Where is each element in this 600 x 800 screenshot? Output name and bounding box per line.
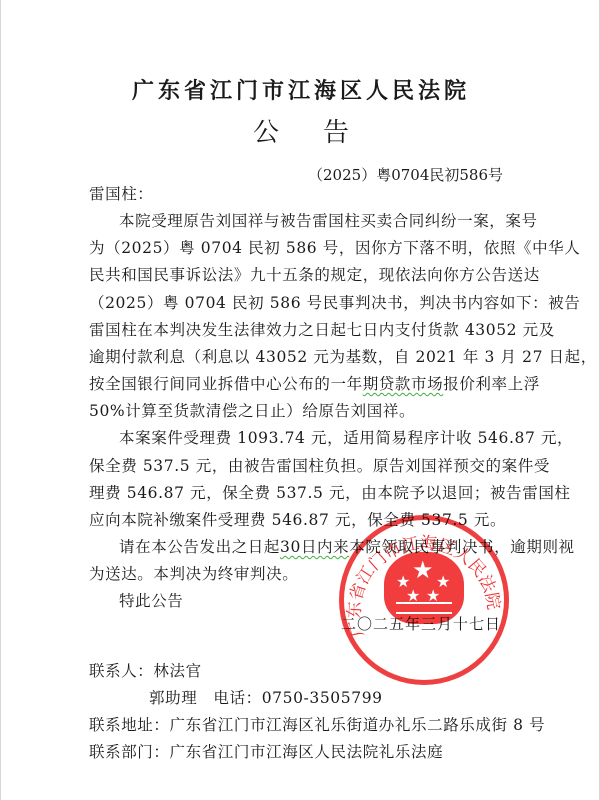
contact-assistant-phone: 郭助理 电话：0750-3505799 bbox=[149, 686, 383, 708]
paragraph1-line: 50%计算至货款清偿之日止）给原告刘国祥。 bbox=[89, 401, 525, 421]
case-number: （2025）粤0704民初586号 bbox=[308, 164, 503, 185]
text-segment: 报价利率上浮 bbox=[443, 375, 540, 393]
contact-address: 联系地址：广东省江门市江海区礼乐街道办礼乐二路乐成街 8 号 bbox=[89, 713, 545, 735]
paragraph3-line: 请在本公告发出之日起30日内来本院领取民事判决书，逾期则视 bbox=[119, 537, 525, 557]
paragraph2-line: 应向本院补缴案件受理费 546.87 元，保全费 537.5 元。 bbox=[89, 510, 525, 530]
contact-person: 联系人：林法官 bbox=[89, 659, 202, 681]
paragraph1-line: 本院受理原告刘国祥与被告雷国柱买卖合同纠纷一案，案号 bbox=[119, 211, 525, 231]
addressee: 雷国柱： bbox=[89, 184, 525, 204]
paragraph1-line: 按全国银行间同业拆借中心公布的一年期贷款市场报价利率上浮 bbox=[89, 374, 525, 394]
notice-title: 公告 bbox=[1, 112, 600, 149]
paragraph2-line: 本案案件受理费 1093.74 元，适用简易程序计收 546.87 元， bbox=[119, 428, 525, 448]
paragraph1-line: 雷国柱在本判决发生法律效力之日起七日内支付货款 43052 元及 bbox=[89, 320, 525, 340]
paragraph2-line: 理费 546.87 元，保全费 537.5 元，由本院予以退回；被告雷国柱 bbox=[89, 483, 525, 503]
court-name-heading: 广东省江门市江海区人民法院 bbox=[1, 74, 600, 105]
notice-date: 二〇二五年三月十七日 bbox=[341, 613, 501, 634]
paragraph1-line: 为（2025）粤 0704 民初 586 号，因你方下落不明，依照《中华人 bbox=[89, 238, 525, 258]
paragraph3-line: 为送达。本判决为终审判决。 bbox=[89, 564, 525, 584]
text-segment: 请在本公告发出之日起 bbox=[119, 538, 280, 556]
spellcheck-marked-text: 期贷款市场 bbox=[363, 375, 444, 393]
paragraph1-line: （2025）粤 0704 民初 586 号民事判决书，判决书内容如下：被告 bbox=[89, 293, 525, 313]
text-segment: 本院领取民事判决书，逾期则视 bbox=[349, 538, 574, 556]
paragraph1-line: 民共和国民事诉讼法》九十五条的规定，现依法向你方公告送达 bbox=[89, 265, 525, 285]
paragraph1-line: 逾期付款利息（利息以 43052 元为基数，自 2021 年 3 月 27 日起… bbox=[89, 347, 525, 367]
paragraph2-line: 保全费 537.5 元，由被告雷国柱负担。原告刘国祥预交的案件受 bbox=[89, 456, 525, 476]
contact-department: 联系部门：广东省江门市江海区人民法院礼乐法庭 bbox=[89, 740, 443, 762]
text-segment: 按全国银行间同业拆借中心公布的一年 bbox=[89, 375, 363, 393]
notice-page: 广东省江门市江海区人民法院 公告 （2025）粤0704民初586号 雷国柱： … bbox=[0, 0, 600, 800]
spellcheck-marked-text: 30日内来 bbox=[280, 538, 349, 556]
closing-text: 特此公告 bbox=[119, 591, 525, 611]
